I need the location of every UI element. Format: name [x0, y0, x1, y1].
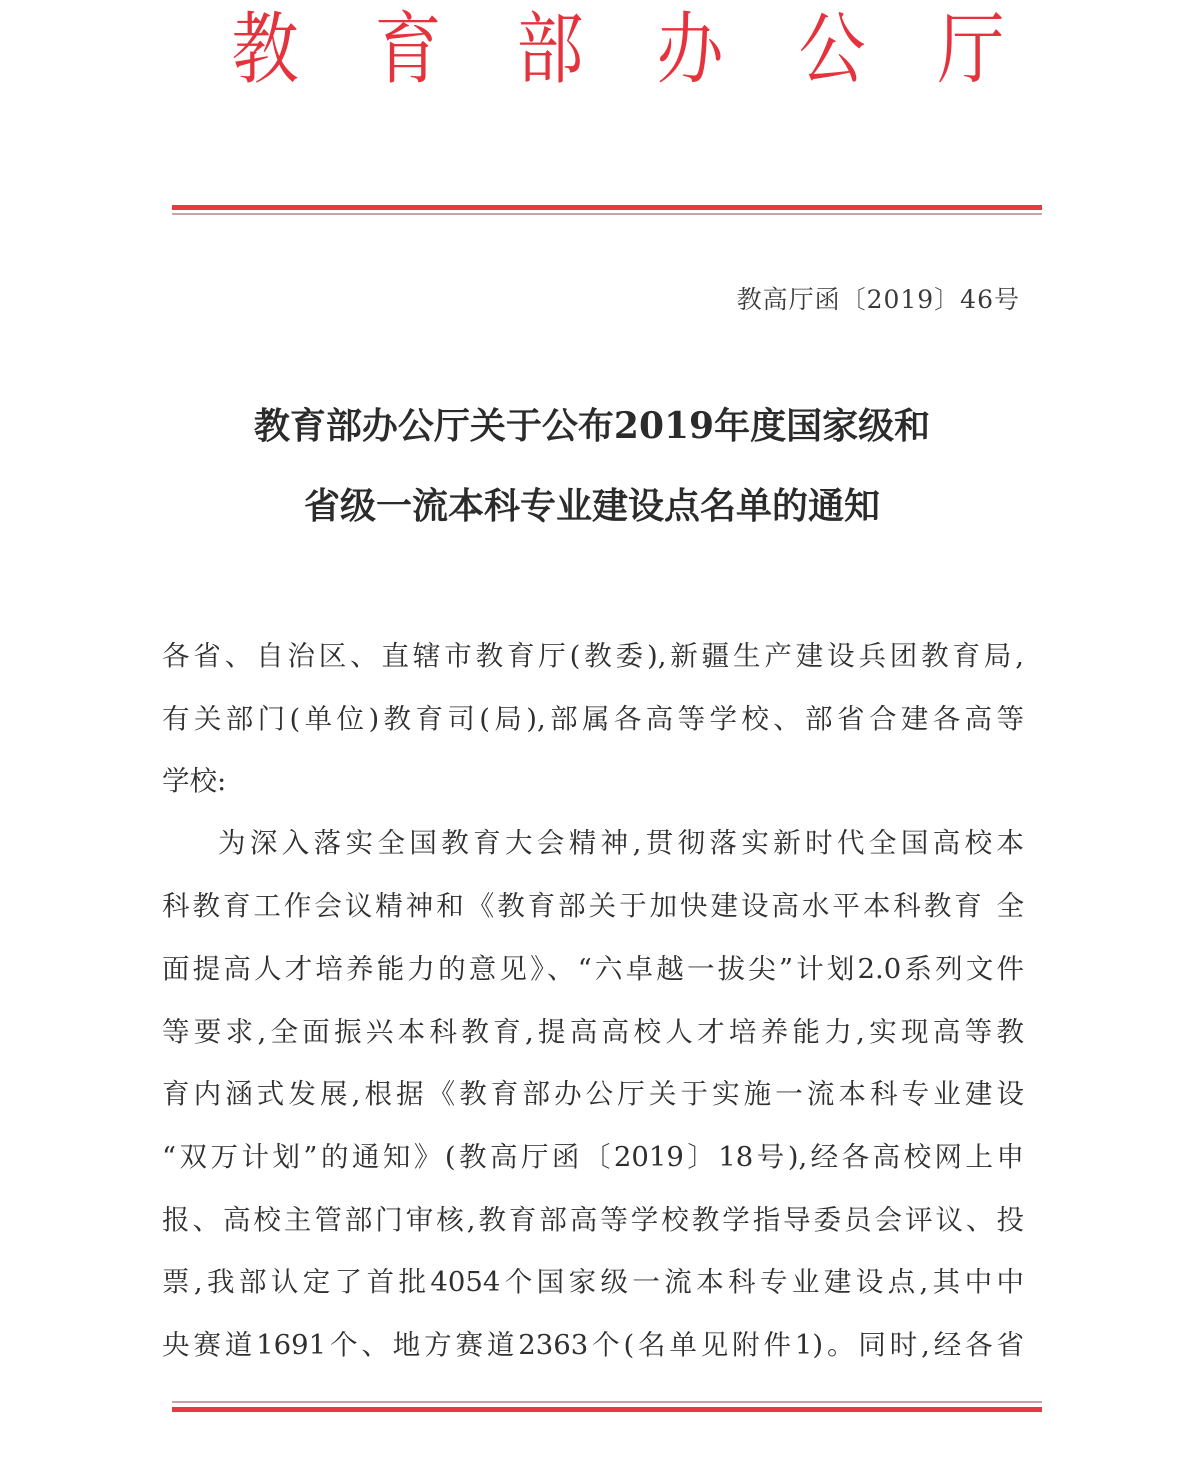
paragraph-line: “双万计划”的通知》(教高厅函〔2019〕18号),经各高校网上申	[162, 1137, 1024, 1177]
masthead-char: 办	[656, 0, 723, 100]
paragraph-line: 央赛道1691个、地方赛道2363个(名单见附件1)。同时,经各省	[162, 1325, 1024, 1365]
masthead-char: 部	[516, 0, 583, 100]
paragraph-line: 面提高人才培养能力的意见》、“六卓越一拔尖”计划2.0系列文件	[162, 949, 1024, 989]
footer-divider-thick	[172, 1407, 1042, 1412]
footer-divider-thin	[172, 1401, 1042, 1403]
masthead-divider-thin	[172, 213, 1042, 215]
masthead-char: 公	[798, 0, 865, 100]
addressee-line: 各省、自治区、直辖市教育厅(教委),新疆生产建设兵团教育局,	[162, 636, 1024, 676]
masthead-char: 育	[374, 0, 441, 100]
addressee-line: 学校:	[162, 761, 1024, 801]
paragraph-line: 等要求,全面振兴本科教育,提高高校人才培养能力,实现高等教	[162, 1012, 1024, 1052]
addressee-line: 有关部门(单位)教育司(局),部属各高等学校、部省合建各高等	[162, 699, 1024, 739]
document-number: 教高厅函〔2019〕46号	[737, 280, 1020, 316]
document-title-line-2: 省级一流本科专业建设点名单的通知	[0, 478, 1184, 529]
paragraph-line: 科教育工作会议精神和《教育部关于加快建设高水平本科教育 全	[162, 886, 1024, 926]
paragraph-line: 为深入落实全国教育大会精神,贯彻落实新时代全国高校本	[218, 823, 1024, 863]
paragraph-line: 育内涵式发展,根据《教育部办公厅关于实施一流本科专业建设	[162, 1074, 1024, 1114]
document-title-line-1: 教育部办公厅关于公布2019年度国家级和	[0, 398, 1184, 449]
masthead-char: 厅	[937, 0, 1004, 100]
masthead-char: 教	[231, 0, 298, 100]
paragraph-line: 报、高校主管部门审核,教育部高等学校教学指导委员会评议、投	[162, 1200, 1024, 1240]
masthead-divider-thick	[172, 205, 1042, 210]
paragraph-line: 票,我部认定了首批4054个国家级一流本科专业建设点,其中中	[162, 1262, 1024, 1302]
